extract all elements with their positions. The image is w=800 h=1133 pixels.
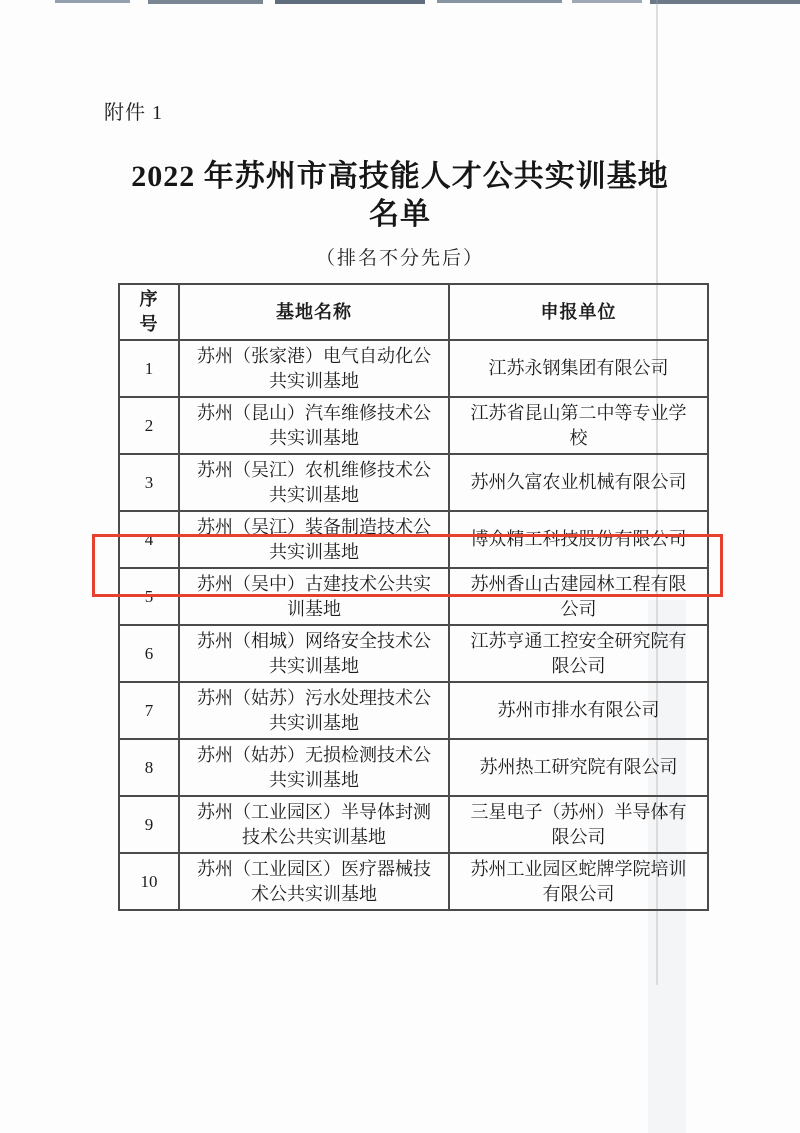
base-name: 苏州（姑苏）污水处理技术公共实训基地 bbox=[179, 682, 449, 739]
scan-artifact-top-edge bbox=[148, 0, 263, 4]
table-row: 10 苏州（工业园区）医疗器械技术公共实训基地 苏州工业园区蛇牌学院培训有限公司 bbox=[119, 853, 708, 910]
table-header-row: 序号 基地名称 申报单位 bbox=[119, 284, 708, 340]
base-name: 苏州（工业园区）医疗器械技术公共实训基地 bbox=[179, 853, 449, 910]
base-name: 苏州（吴江）农机维修技术公共实训基地 bbox=[179, 454, 449, 511]
base-name: 苏州（昆山）汽车维修技术公共实训基地 bbox=[179, 397, 449, 454]
table-body: 1 苏州（张家港）电气自动化公共实训基地 江苏永钢集团有限公司 2 苏州（昆山）… bbox=[119, 340, 708, 910]
table-row: 2 苏州（昆山）汽车维修技术公共实训基地 江苏省昆山第二中等专业学校 bbox=[119, 397, 708, 454]
document-title-line2: 名单 bbox=[369, 198, 431, 231]
base-name: 苏州（吴中）古建技术公共实训基地 bbox=[179, 568, 449, 625]
row-number: 5 bbox=[119, 568, 179, 625]
applicant: 江苏永钢集团有限公司 bbox=[449, 340, 708, 397]
applicant: 江苏亨通工控安全研究院有限公司 bbox=[449, 625, 708, 682]
document-title-line1: 2022 年苏州市高技能人才公共实训基地 bbox=[131, 160, 669, 193]
applicant: 博众精工科技股份有限公司 bbox=[449, 511, 708, 568]
header-base-name: 基地名称 bbox=[179, 284, 449, 340]
base-name: 苏州（张家港）电气自动化公共实训基地 bbox=[179, 340, 449, 397]
table-row: 1 苏州（张家港）电气自动化公共实训基地 江苏永钢集团有限公司 bbox=[119, 340, 708, 397]
applicant: 苏州香山古建园林工程有限公司 bbox=[449, 568, 708, 625]
row-number: 8 bbox=[119, 739, 179, 796]
table-row: 7 苏州（姑苏）污水处理技术公共实训基地 苏州市排水有限公司 bbox=[119, 682, 708, 739]
row-number: 1 bbox=[119, 340, 179, 397]
applicant: 江苏省昆山第二中等专业学校 bbox=[449, 397, 708, 454]
table-row: 4 苏州（吴江）装备制造技术公共实训基地 博众精工科技股份有限公司 bbox=[119, 511, 708, 568]
row-number: 2 bbox=[119, 397, 179, 454]
base-name: 苏州（相城）网络安全技术公共实训基地 bbox=[179, 625, 449, 682]
document-subtitle: （排名不分先后） bbox=[0, 243, 800, 270]
scan-artifact-top-edge bbox=[55, 0, 130, 3]
row-number: 4 bbox=[119, 511, 179, 568]
header-applicant: 申报单位 bbox=[449, 284, 708, 340]
base-name: 苏州（姑苏）无损检测技术公共实训基地 bbox=[179, 739, 449, 796]
table-row: 6 苏州（相城）网络安全技术公共实训基地 江苏亨通工控安全研究院有限公司 bbox=[119, 625, 708, 682]
scan-artifact-top-edge bbox=[275, 0, 425, 4]
applicant: 三星电子（苏州）半导体有限公司 bbox=[449, 796, 708, 853]
applicant: 苏州市排水有限公司 bbox=[449, 682, 708, 739]
row-number: 10 bbox=[119, 853, 179, 910]
applicant: 苏州工业园区蛇牌学院培训有限公司 bbox=[449, 853, 708, 910]
applicant: 苏州热工研究院有限公司 bbox=[449, 739, 708, 796]
training-base-table: 序号 基地名称 申报单位 1 苏州（张家港）电气自动化公共实训基地 江苏永钢集团… bbox=[118, 283, 709, 911]
table-row: 9 苏州（工业园区）半导体封测技术公共实训基地 三星电子（苏州）半导体有限公司 bbox=[119, 796, 708, 853]
row-number: 6 bbox=[119, 625, 179, 682]
table-row: 8 苏州（姑苏）无损检测技术公共实训基地 苏州热工研究院有限公司 bbox=[119, 739, 708, 796]
scan-artifact-top-edge bbox=[437, 0, 562, 3]
table-row: 3 苏州（吴江）农机维修技术公共实训基地 苏州久富农业机械有限公司 bbox=[119, 454, 708, 511]
applicant: 苏州久富农业机械有限公司 bbox=[449, 454, 708, 511]
row-number: 7 bbox=[119, 682, 179, 739]
attachment-label: 附件 1 bbox=[104, 96, 163, 125]
base-name: 苏州（工业园区）半导体封测技术公共实训基地 bbox=[179, 796, 449, 853]
base-name: 苏州（吴江）装备制造技术公共实训基地 bbox=[179, 511, 449, 568]
document-title: 2022 年苏州市高技能人才公共实训基地 名单 bbox=[0, 158, 800, 234]
scan-artifact-top-edge bbox=[572, 0, 642, 3]
table-row-highlighted: 5 苏州（吴中）古建技术公共实训基地 苏州香山古建园林工程有限公司 bbox=[119, 568, 708, 625]
table-header: 序号 基地名称 申报单位 bbox=[119, 284, 708, 340]
header-no: 序号 bbox=[119, 284, 179, 340]
row-number: 9 bbox=[119, 796, 179, 853]
scan-artifact-top-edge bbox=[650, 0, 800, 4]
row-number: 3 bbox=[119, 454, 179, 511]
